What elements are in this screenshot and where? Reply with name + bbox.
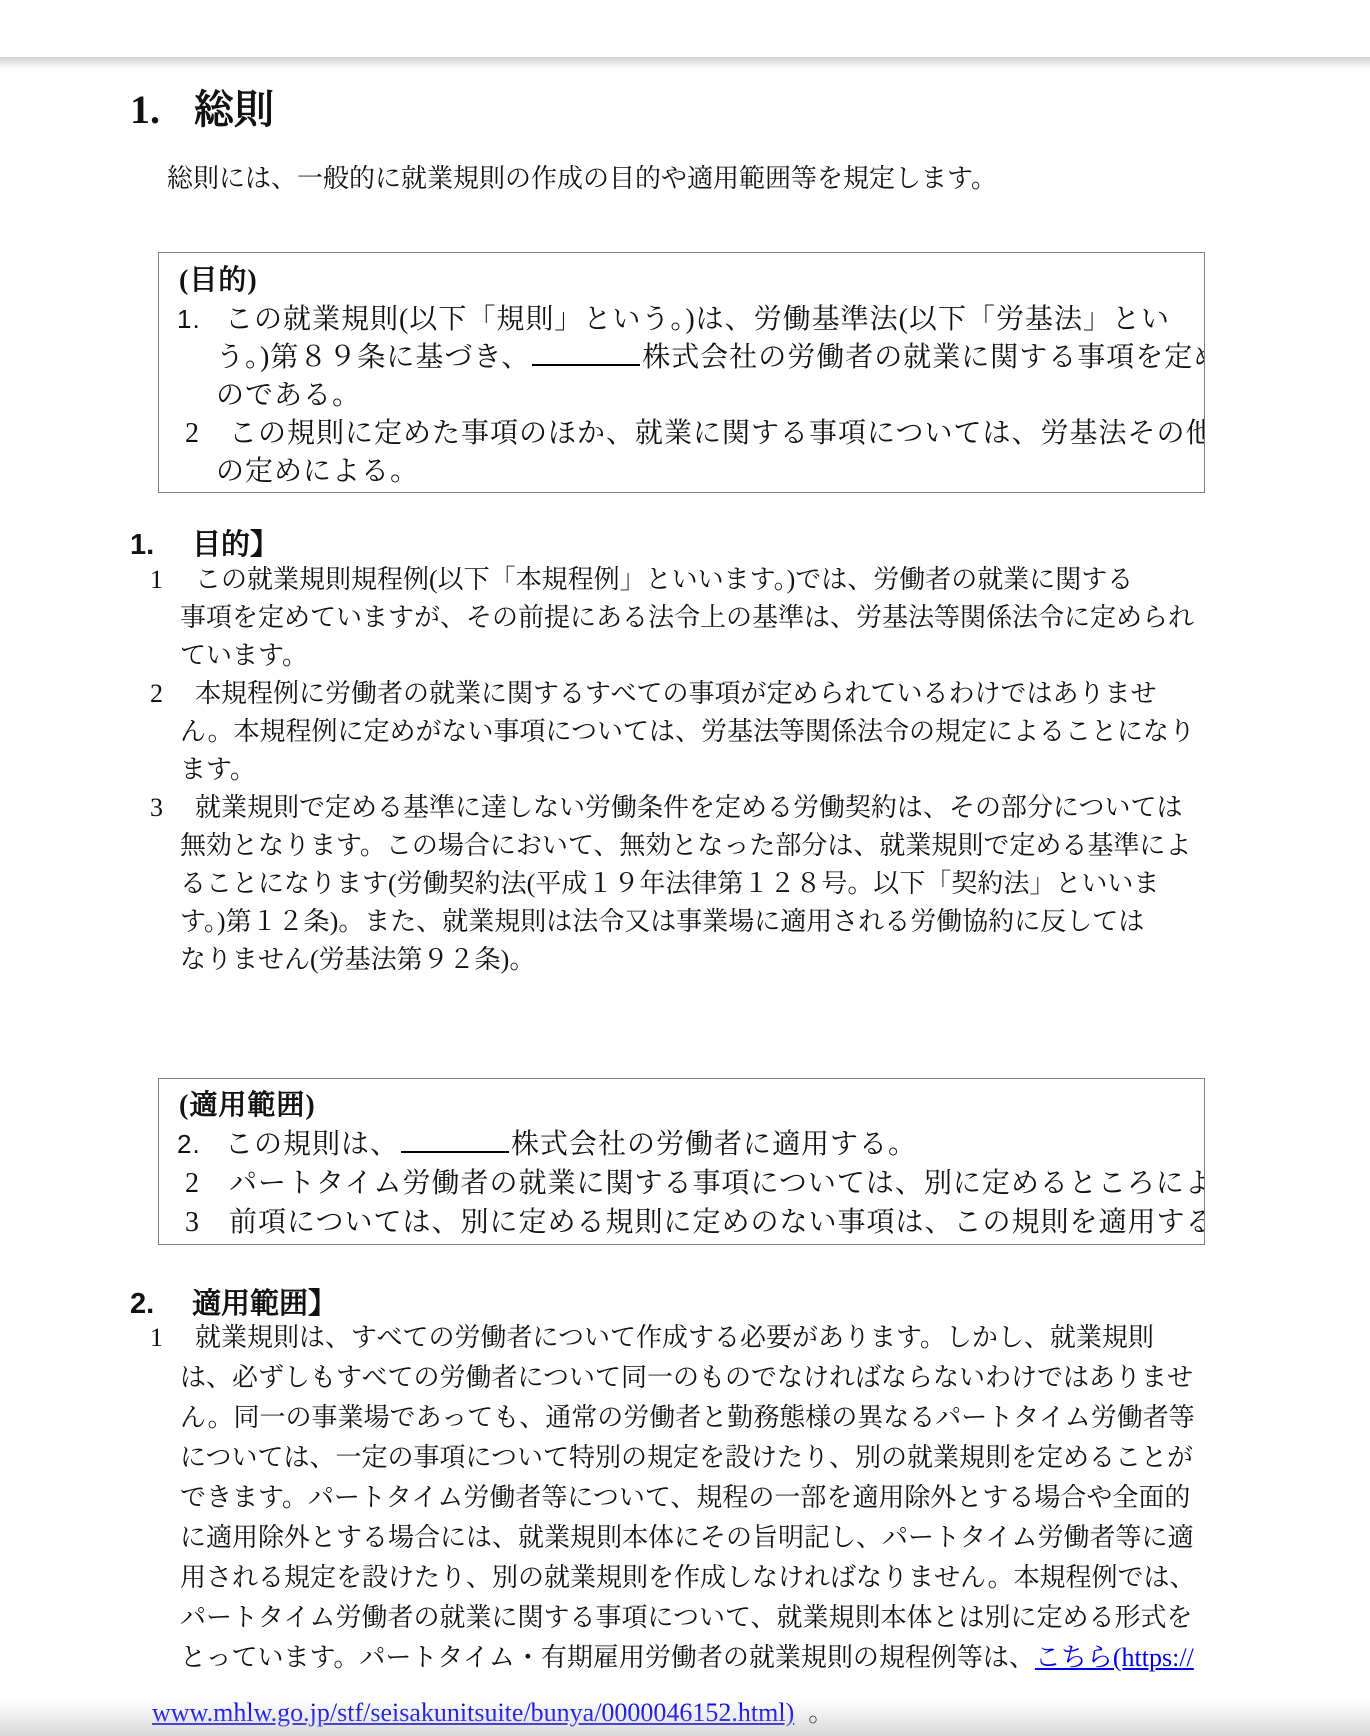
- paragraph-line: ています。: [150, 637, 1195, 675]
- list-marker: 2.: [177, 1125, 225, 1164]
- mhlw-link[interactable]: こちら(https://: [1035, 1643, 1194, 1672]
- list-marker: 1.: [177, 300, 225, 338]
- purpose-box-item1-line3: のである。: [177, 377, 1204, 415]
- paragraph-line: ん。本規程例に定めがない事項については、労基法等関係法令の規定によることになり: [150, 713, 1195, 751]
- purpose-box-item1-line2: う。)第８９条に基づき、株式会社の労働者の就業に関する事項を定めるも: [177, 339, 1204, 377]
- purpose-box-item2: 2この規則に定めた事項のほか、就業に関する事項については、労基法その他の法令: [177, 415, 1204, 453]
- section1-heading: 1.目的】: [130, 522, 279, 563]
- paragraph-line: なりません(労基法第９２条)。: [150, 941, 1195, 979]
- section1-title: 目的】: [192, 529, 279, 561]
- purpose-rule-box: (目的) 1.この就業規則(以下「規則」という。)は、労働基準法(以下「労基法」…: [158, 252, 1205, 493]
- paragraph-line: 無効となります。この場合において、無効となった部分は、就業規則で定める基準によ: [150, 827, 1195, 865]
- paragraph-line: 1この就業規則規程例(以下「本規程例」といいます。)では、労働者の就業に関する: [150, 561, 1195, 599]
- paragraph-line: ることになります(労働契約法(平成１９年法律第１２８号。以下「契約法」といいま: [150, 865, 1195, 903]
- purpose-box-item1: 1.この就業規則(以下「規則」という。)は、労働基準法(以下「労基法」とい: [177, 300, 1204, 339]
- scope-rule-box: (適用範囲) 2.この規則は、株式会社の労働者に適用する。 2パートタイム労働者…: [158, 1078, 1205, 1245]
- document-page: 1.総則 総則には、一般的に就業規則の作成の目的や適用範囲等を規定します。 (目…: [0, 0, 1370, 1736]
- paragraph-line: ます。: [150, 751, 1195, 789]
- chapter-heading: 1.総則: [130, 78, 274, 135]
- paragraph-number: 3: [177, 1203, 229, 1242]
- paragraph-line: については、一定の事項について特別の規定を設けたり、別の就業規則を定めることが: [150, 1438, 1196, 1478]
- chapter-title: 総則: [194, 87, 274, 132]
- paragraph-line: とっています。パートタイム・有期雇用労働者の就業規則の規程例等は、こちら(htt…: [150, 1638, 1196, 1678]
- paragraph-line: 3就業規則で定める基準に達しない労働条件を定める労働契約は、その部分については: [150, 789, 1195, 827]
- paragraph-line: ん。同一の事業場であっても、通常の労働者と勤務態様の異なるパートタイム労働者等: [150, 1398, 1196, 1438]
- fill-in-blank: [532, 340, 640, 366]
- paragraph-line: できます。パートタイム労働者等について、規程の一部を適用除外とする場合や全面的: [150, 1478, 1196, 1518]
- fill-in-blank: [401, 1127, 509, 1153]
- section1-number: 1.: [130, 529, 192, 562]
- section2-heading: 2.適用範囲】: [130, 1281, 337, 1322]
- section2-number: 2.: [130, 1288, 192, 1321]
- scope-box-item1: 2.この規則は、株式会社の労働者に適用する。: [177, 1125, 1204, 1164]
- section1-body: 1この就業規則規程例(以下「本規程例」といいます。)では、労働者の就業に関する …: [150, 561, 1195, 979]
- chapter-number: 1.: [130, 86, 194, 133]
- paragraph-line: に適用除外とする場合には、就業規則本体にその旨明記し、パートタイム労働者等に適: [150, 1518, 1196, 1558]
- paragraph-line: す。)第１２条)。また、就業規則は法令又は事業場に適用される労働協約に反しては: [150, 903, 1195, 941]
- paragraph-line: 2本規程例に労働者の就業に関するすべての事項が定められているわけではありませ: [150, 675, 1195, 713]
- paragraph-line: は、必ずしもすべての労働者について同一のものでなければならないわけではありませ: [150, 1358, 1196, 1398]
- paragraph-line: 用される規定を設けたり、別の就業規則を作成しなければなりません。本規程例では、: [150, 1558, 1196, 1598]
- paragraph-line: 事項を定めていますが、その前提にある法令上の基準は、労基法等関係法令に定められ: [150, 599, 1195, 637]
- paragraph-line: パートタイム労働者の就業に関する事項について、就業規則本体とは別に定める形式を: [150, 1598, 1196, 1638]
- purpose-box-title: (目的): [177, 262, 1204, 300]
- paragraph-number: 2: [177, 1164, 229, 1203]
- paragraph-line: 1就業規則は、すべての労働者について作成する必要があります。しかし、就業規則: [150, 1318, 1196, 1358]
- scope-box-item2: 2パートタイム労働者の就業に関する事項については、別に定めるところによる。: [177, 1164, 1204, 1203]
- intro-paragraph: 総則には、一般的に就業規則の作成の目的や適用範囲等を規定します。: [167, 158, 997, 195]
- page-bottom-shadow: [0, 1700, 1370, 1736]
- purpose-box-item2-line2: の定めによる。: [177, 453, 1204, 491]
- scope-box-item3: 3前項については、別に定める規則に定めのない事項は、この規則を適用する。: [177, 1203, 1204, 1242]
- page-top-shadow: [0, 57, 1370, 69]
- section2-body: 1就業規則は、すべての労働者について作成する必要があります。しかし、就業規則 は…: [150, 1318, 1196, 1733]
- paragraph-number: 2: [177, 415, 229, 453]
- section2-title: 適用範囲】: [192, 1288, 337, 1320]
- scope-box-title: (適用範囲): [177, 1086, 1204, 1125]
